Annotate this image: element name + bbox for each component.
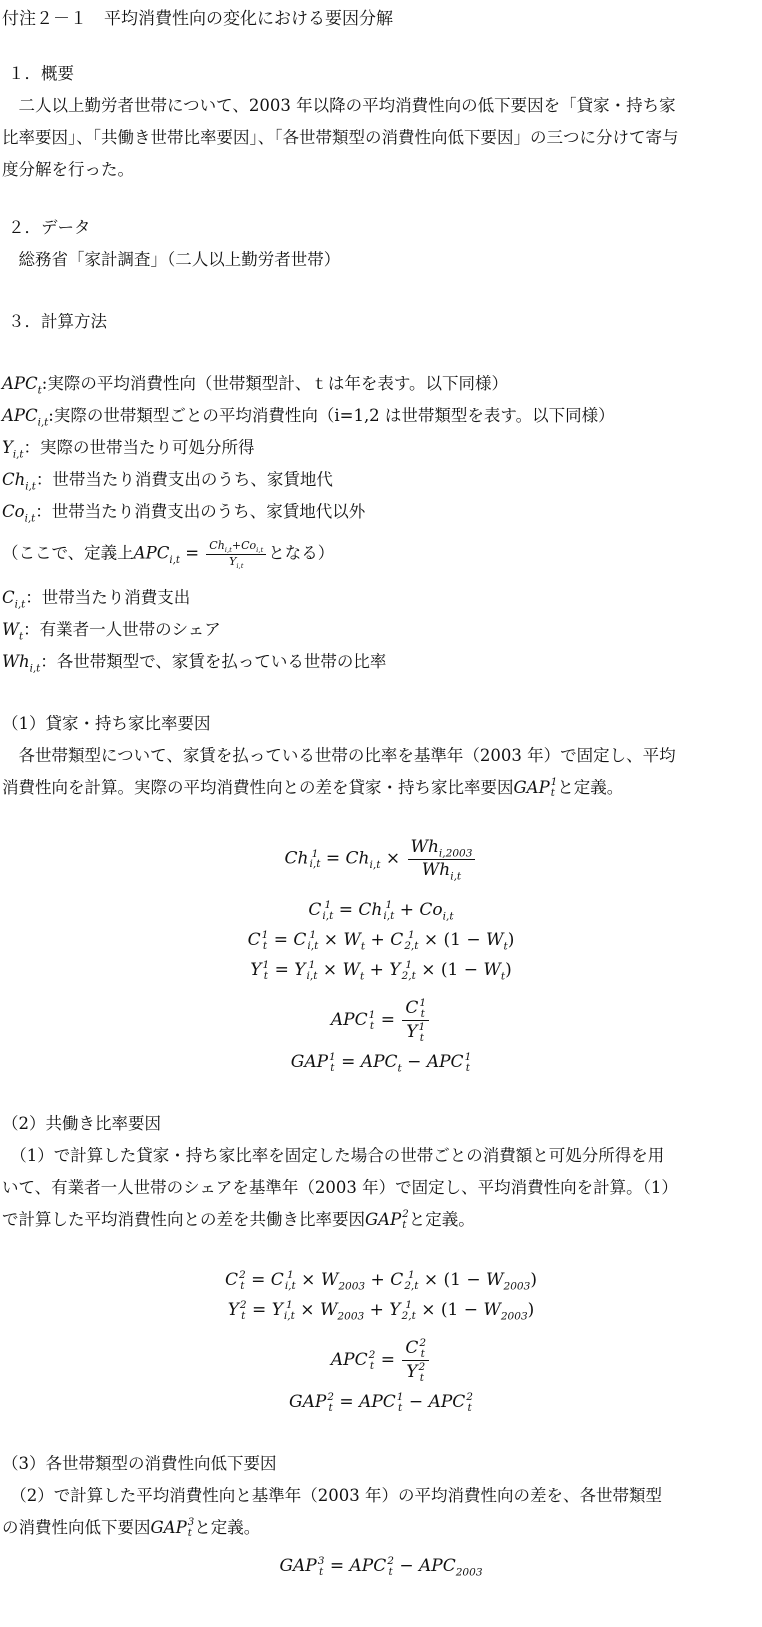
definition-apc-t: APCt:実際の平均消費性向（世帯類型計、ｔは年を表す。以下同様） (2, 374, 508, 394)
definition-co-it: Coi,t：世帯当たり消費支出のうち、家賃地代以外 (2, 502, 365, 522)
equation-apc2: APC2t = C2tY2t (0, 1338, 762, 1383)
factor1-line-2: 消費性向を計算。実際の平均消費性向との差を貸家・持ち家比率要因GAP1tと定義。 (2, 778, 623, 799)
factor3-heading: （3）各世帯類型の消費性向低下要因 (2, 1454, 277, 1474)
definition-ch-it: Chi,t：世帯当たり消費支出のうち、家賃地代 (2, 470, 333, 490)
definition-w-t: Wt：有業者一人世帯のシェア (2, 620, 221, 640)
equation-gap2: GAP2t = APC1t − APC2t (0, 1392, 762, 1413)
page-title: 付注２－１ 平均消費性向の変化における要因分解 (2, 4, 393, 29)
equation-gap3: GAP3t = APC2t − APC2003 (0, 1556, 762, 1577)
section-method-heading: ３．計算方法 (8, 312, 107, 332)
factor1-heading: （1）貸家・持ち家比率要因 (2, 714, 211, 734)
factor3-line-1: （2）で計算した平均消費性向と基準年（2003 年）の平均消費性向の差を、各世帯… (2, 1486, 662, 1506)
equation-ch1: Ch1i,t = Chi,t × Whi,2003Whi,t (0, 838, 762, 880)
definition-y-it: Yi,t：実際の世帯当たり可処分所得 (2, 438, 255, 458)
section-overview-heading: １．概要 (8, 64, 74, 84)
equation-gap1: GAP1t = APCt − APC1t (0, 1052, 762, 1073)
definition-wh-it: Whi,t：各世帯類型で、家賃を払っている世帯の比率 (2, 652, 386, 672)
equation-apc1: APC1t = C1tY1t (0, 998, 762, 1043)
equation-c1-t: C1t = C1i,t × Wt + C12,t × (1 − Wt) (0, 930, 762, 951)
factor2-line-3: で計算した平均消費性向との差を共働き比率要因GAP2tと定義。 (2, 1210, 475, 1231)
overview-line-3: 度分解を行った。 (2, 160, 134, 180)
overview-line-1: 二人以上勤労者世帯について、2003 年以降の平均消費性向の低下要因を「貸家・持… (2, 96, 676, 116)
factor1-line-1: 各世帯類型について、家賃を払っている世帯の比率を基準年（2003 年）で固定し、… (2, 746, 676, 766)
factor2-heading: （2）共働き比率要因 (2, 1114, 161, 1134)
equation-y2-t: Y2t = Y1i,t × W2003 + Y12,t × (1 − W2003… (0, 1300, 762, 1321)
definition-apc-it: APCi,t:実際の世帯類型ごとの平均消費性向（i=1,2 は世帯類型を表す。以… (2, 406, 615, 426)
apc-fraction: Chi,t+Coi,t Yi,t (206, 540, 266, 568)
definition-c-it: Ci,t：世帯当たり消費支出 (2, 588, 190, 608)
equation-c2-t: C2t = C1i,t × W2003 + C12,t × (1 − W2003… (0, 1270, 762, 1291)
equation-c1-it: C1i,t = Ch1i,t + Coi,t (0, 900, 762, 921)
overview-line-2: 比率要因」、「共働き世帯比率要因」、「各世帯類型の消費性向低下要因」の三つに分け… (2, 128, 679, 148)
equation-y1-t: Y1t = Y1i,t × Wt + Y12,t × (1 − Wt) (0, 960, 762, 981)
apc-definition-note: （ここで、定義上APCi,t = Chi,t+Coi,t Yi,t となる） (2, 540, 334, 568)
data-source-line: 総務省「家計調査」（二人以上勤労者世帯） (2, 250, 340, 270)
factor3-line-2: の消費性向低下要因GAP3tと定義。 (2, 1518, 260, 1539)
factor2-line-1: （1）で計算した貸家・持ち家比率を固定した場合の世帯ごとの消費額と可処分所得を用 (2, 1146, 664, 1166)
section-data-heading: ２．データ (8, 218, 91, 238)
factor2-line-2: いて、有業者一人世帯のシェアを基準年（2003 年）で固定し、平均消費性向を計算… (2, 1178, 678, 1198)
